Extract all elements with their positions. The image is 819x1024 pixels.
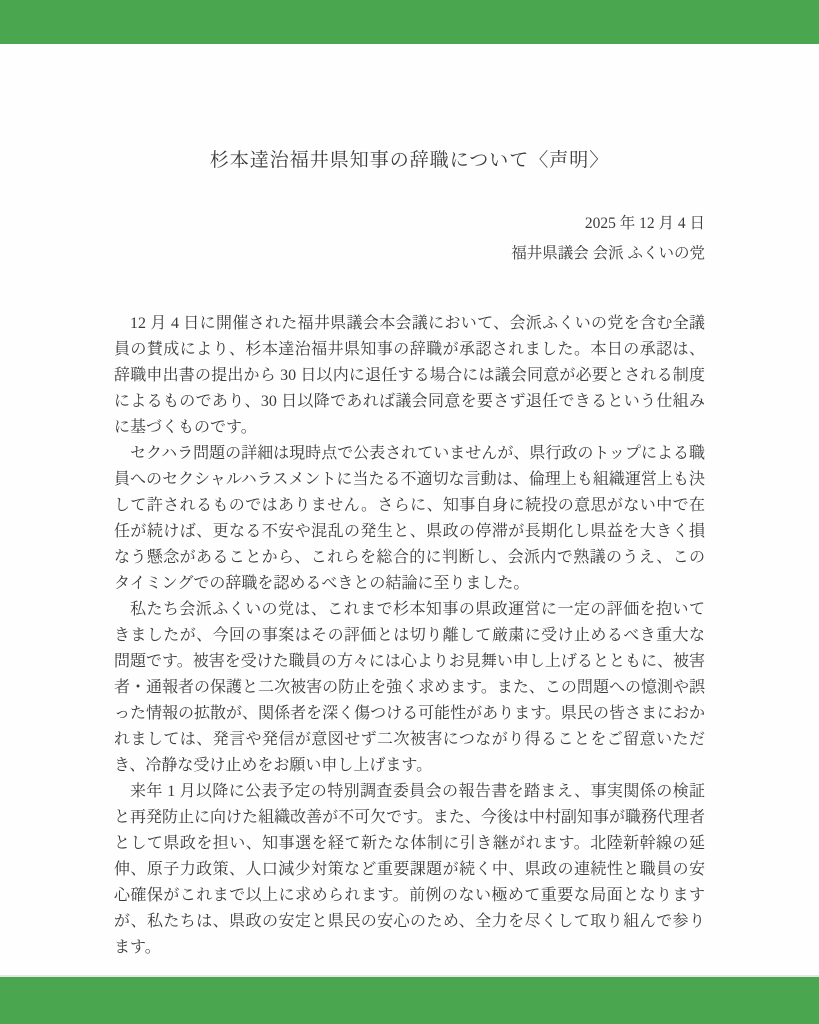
statement-page: 杉本達治福井県知事の辞職について〈声明〉 2025 年 12 月 4 日 福井県… bbox=[0, 0, 819, 1024]
document-date: 2025 年 12 月 4 日 bbox=[0, 209, 705, 239]
body-paragraph: セクハラ問題の詳細は現時点で公表されていませんが、県行政のトップによる職員へのセ… bbox=[114, 441, 705, 597]
top-green-band bbox=[0, 0, 819, 44]
document-body: 12 月 4 日に開催された福井県議会本会議において、会派ふくいの党を含む全議員… bbox=[114, 311, 705, 961]
document-organization: 福井県議会 会派 ふくいの党 bbox=[0, 239, 705, 269]
bottom-green-band bbox=[0, 975, 819, 1024]
body-paragraph: 12 月 4 日に開催された福井県議会本会議において、会派ふくいの党を含む全議員… bbox=[114, 311, 705, 441]
body-paragraph: 来年 1 月以降に公表予定の特別調査委員会の報告書を踏まえ、事実関係の検証と再発… bbox=[114, 779, 705, 961]
document-meta: 2025 年 12 月 4 日 福井県議会 会派 ふくいの党 bbox=[0, 209, 819, 269]
body-paragraph: 私たち会派ふくいの党は、これまで杉本知事の県政運営に一定の評価を抱いてきましたが… bbox=[114, 597, 705, 779]
